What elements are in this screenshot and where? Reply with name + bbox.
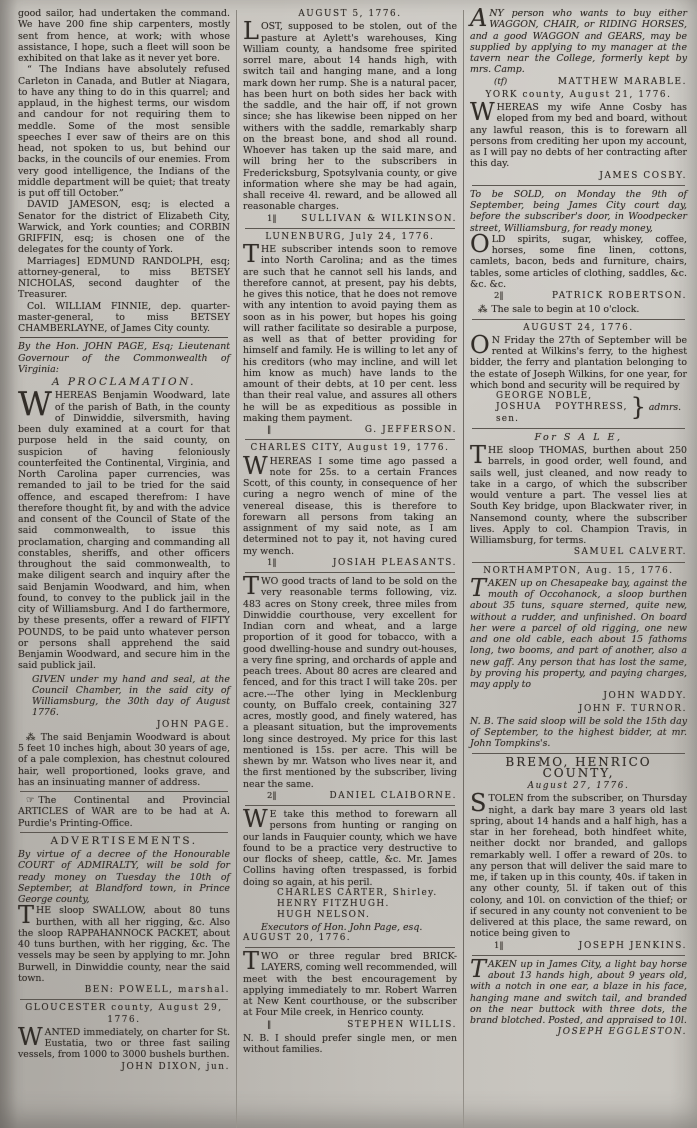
goods-body: OLD spirits, sugar, whiskey, coffee, hor…	[470, 234, 687, 290]
article-land-tracts: TWO good tracts of land to be sold on th…	[243, 576, 457, 802]
signature: BEN: POWELL, marshal.	[18, 985, 230, 996]
administrator-names: GEORGE NOBLE, JOSHUA POYTHRESS, sen.	[496, 391, 628, 425]
drop-cap: W	[470, 102, 497, 122]
notice: ☞The Continental and Provincial ARTICLES…	[18, 795, 230, 829]
drop-cap: T	[470, 578, 488, 598]
drop-cap: T	[18, 905, 36, 925]
nota-bene: N. B. I should prefer single men, or men…	[243, 1033, 457, 1056]
section-divider	[472, 955, 685, 956]
signature: JOSHUA POYTHRESS, sen.	[496, 402, 628, 425]
article-taken-sloop: NORTHAMPTON, Aug. 15, 1776. TAKEN up on …	[470, 566, 687, 750]
insertion-mark: 1‖	[494, 941, 504, 952]
date-note: AUGUST 20, 1776.	[243, 933, 457, 944]
signature-row: ‖STEPHEN WILLIS.	[267, 1020, 457, 1031]
eloped-body: WHEREAS my wife Anne Cosby has eloped fr…	[470, 102, 687, 170]
signature: G. JEFFERSON.	[271, 425, 457, 436]
news-paragraph: Col. WILLIAM FINNIE, dep. quarter-master…	[18, 301, 230, 335]
drop-cap: T	[470, 445, 488, 465]
section-divider	[245, 947, 455, 948]
signature-row: 2‖DANIEL CLAIBORNE.	[267, 791, 457, 802]
news-paragraph: DAVID JAMESON, esq; is elected a Senator…	[18, 199, 230, 255]
section-divider	[472, 319, 685, 320]
sale-body: THE sloop SWALLOW, about 80 tuns burthen…	[18, 905, 230, 984]
signature-row: ‖G. JEFFERSON.	[267, 425, 457, 436]
dateline: AUGUST 24, 1776.	[470, 323, 687, 334]
lost-body: LOST, supposed to be stolen, out of the …	[243, 21, 457, 212]
signature: GEORGE NOBLE,	[496, 391, 628, 402]
drop-cap: A	[470, 8, 489, 28]
article-goods-sale: To be SOLD, on Monday the 9th of Septemb…	[470, 189, 687, 316]
section-divider	[472, 562, 685, 563]
signature: JAMES COSBY.	[470, 171, 687, 182]
insertion-mark: 1‖	[267, 558, 277, 569]
section-divider	[245, 805, 455, 806]
proclamation-byline: By the Hon. JOHN PAGE, Esq; Lieutenant G…	[18, 341, 230, 375]
article-removal-notice: LUNENBURG, July 24, 1776. THE subscriber…	[243, 232, 457, 437]
dateline: CHARLES CITY, August 19, 1776.	[243, 443, 457, 454]
news-paragraph: Marriages] EDMUND RANDOLPH, esq; attorne…	[18, 256, 230, 301]
article-hunting-forewarning: WE take this method to forewarn all pers…	[243, 809, 457, 944]
pointing-hand-icon: ☞	[18, 795, 38, 806]
drop-cap: T	[243, 576, 261, 596]
signature-row: 2‖PATRICK ROBERTSON.	[494, 291, 687, 302]
bremo-heading: BREMO, HENRICO COUNTY,	[470, 757, 687, 780]
taken-sloop-body: TAKEN up on Chesapeake bay, against the …	[470, 578, 687, 691]
insertion-mark: 2‖	[494, 291, 504, 302]
waggon-body: ANY person who wants to buy either WAGGO…	[470, 8, 687, 76]
signature: HUGH NELSON.	[277, 910, 457, 921]
section-divider	[245, 439, 455, 440]
signature: CHARLES CARTER, Shirley.	[277, 888, 457, 899]
administrators-block: GEORGE NOBLE, JOSHUA POYTHRESS, sen. } a…	[496, 391, 681, 425]
signature: JOHN F. TURNOR.	[470, 704, 687, 715]
signature: JOSEPH EGGLESTON.	[470, 1027, 687, 1038]
taken-horse-body: TAKEN up in James City, a light bay hors…	[470, 959, 687, 1027]
signature: SULLIVAN & WILKINSON.	[277, 214, 457, 225]
insertion-mark: 2‖	[267, 791, 277, 802]
signature: SAMUEL CALVERT.	[470, 547, 687, 558]
section-divider	[20, 832, 228, 833]
advertisements-header: ADVERTISEMENTS.	[18, 836, 230, 847]
signature-row: (tf)MATTHEW MARABLE.	[494, 77, 687, 88]
executors-note: Executors of Hon. John Page, esq.	[261, 922, 457, 933]
stolen-body: STOLEN from the subscriber, on Thursday …	[470, 793, 687, 939]
article-naval-news: good sailor, had undertaken the command.…	[18, 8, 230, 334]
column-3: ANY person who wants to buy either WAGGO…	[464, 8, 693, 1128]
article-note-forewarning: CHARLES CITY, August 19, 1776. WHEREAS I…	[243, 443, 457, 569]
article-proclamation: By the Hon. JOHN PAGE, Esq; Lieutenant G…	[18, 341, 230, 788]
administrators-label: admrs.	[649, 402, 681, 413]
dateline: YORK county, August 21, 1776.	[470, 90, 687, 101]
section-divider	[20, 337, 228, 338]
dateline: NORTHAMPTON, Aug. 15, 1776.	[470, 566, 687, 577]
signature: JOHN WADDY.	[470, 691, 687, 702]
newspaper-page: good sailor, had undertaken the command.…	[0, 0, 697, 1128]
proclamation-given: GIVEN under my hand and seal, at the Cou…	[32, 674, 230, 719]
drop-cap: O	[470, 335, 492, 355]
hunting-body: WE take this method to forewarn all pers…	[243, 809, 457, 888]
nota-bene: N. B. The said sloop will be sold the 15…	[470, 716, 687, 750]
wanted-body: WANTED immediately, on charter for St. E…	[18, 1027, 230, 1061]
thomas-body: THE sloop THOMAS, burthen about 250 barr…	[470, 445, 687, 546]
insertion-mark: 1‖	[267, 214, 277, 225]
article-waggon-horses: ANY person who wants to buy either WAGGO…	[470, 8, 687, 88]
article-stolen-mare: BREMO, HENRICO COUNTY, August 27, 1776. …	[470, 757, 687, 952]
section-divider	[245, 572, 455, 573]
signature: PATRICK ROBERTSON.	[504, 291, 687, 302]
news-paragraph: “ The Indians have absolutely refused Ca…	[18, 64, 230, 199]
sale-preamble: By virtue of a decree of the Honourable …	[18, 849, 230, 905]
drop-cap: W	[18, 390, 55, 417]
dateline: GLOUCESTER county, August 29, 1776.	[18, 1003, 230, 1026]
dateline: LUNENBURG, July 24, 1776.	[243, 232, 457, 243]
article-eloped-wife: YORK county, August 21, 1776. WHEREAS my…	[470, 90, 687, 182]
signature: JOHN DIXON, jun.	[18, 1062, 230, 1073]
drop-cap: W	[18, 1027, 45, 1047]
advertisements-heading: ADVERTISEMENTS.	[18, 836, 230, 847]
asterism-icon: ⁂	[470, 304, 491, 315]
drop-cap: T	[470, 959, 488, 979]
signature: MATTHEW MARABLE.	[507, 77, 687, 88]
land-body: TWO good tracts of land to be sold on th…	[243, 576, 457, 790]
article-taken-horse: TAKEN up in James City, a light bay hors…	[470, 959, 687, 1039]
section-divider	[20, 791, 228, 792]
dateline: August 27, 1776.	[470, 781, 687, 792]
signature-row: 1‖JOSEPH JENKINS.	[494, 941, 687, 952]
removal-body: THE subscriber intends soon to remove in…	[243, 244, 457, 424]
column-2: AUGUST 5, 1776. LOST, supposed to be sto…	[237, 8, 463, 1128]
signature: DANIEL CLAIBORNE.	[277, 791, 457, 802]
section-divider	[20, 999, 228, 1000]
drop-cap: L	[243, 21, 261, 41]
signature: HENRY FITZHUGH.	[277, 899, 457, 910]
article-wanted-vessels: GLOUCESTER county, August 29, 1776. WANT…	[18, 1003, 230, 1073]
article-lost-mare: AUGUST 5, 1776. LOST, supposed to be sto…	[243, 9, 457, 225]
article-bricklayers: TWO or three regular bred BRICK-LAYERS, …	[243, 951, 457, 1055]
article-sloop-thomas: For S A L E, THE sloop THOMAS, burthen a…	[470, 432, 687, 559]
article-admiralty-sale: By virtue of a decree of the Honourable …	[18, 849, 230, 996]
article-ferry-rental: AUGUST 24, 1776. ON Friday the 27th of S…	[470, 323, 687, 425]
signature: STEPHEN WILLIS.	[271, 1020, 457, 1031]
drop-cap: W	[243, 456, 270, 476]
article-articles-of-war: ☞The Continental and Provincial ARTICLES…	[18, 795, 230, 829]
bricklayers-body: TWO or three regular bred BRICK-LAYERS, …	[243, 951, 457, 1019]
for-sale-heading: For S A L E,	[470, 432, 687, 443]
section-divider	[472, 428, 685, 429]
drop-cap: O	[470, 234, 492, 254]
drop-cap: W	[243, 809, 270, 829]
description-note: ⁂The said Benjamin Woodward is about 5 f…	[18, 732, 230, 788]
section-divider	[472, 753, 685, 754]
brace-glyph: }	[631, 402, 646, 413]
news-paragraph: good sailor, had undertaken the command.…	[18, 8, 230, 64]
section-divider	[472, 185, 685, 186]
forewarn-note-body: WHEREAS I some time ago passed a note fo…	[243, 456, 457, 557]
dateline: AUGUST 5, 1776.	[243, 9, 457, 20]
signature-row: 1‖SULLIVAN & WILKINSON.	[267, 214, 457, 225]
ferry-body: ON Friday the 27th of September will be …	[470, 335, 687, 391]
proclamation-body: WHEREAS Benjamin Woodward, late of the p…	[18, 390, 230, 671]
drop-cap: S	[470, 793, 488, 813]
sale-preamble: To be SOLD, on Monday the 9th of Septemb…	[470, 189, 687, 234]
signature-row: 1‖JOSIAH PLEASANTS.	[267, 558, 457, 569]
signature: JOHN PAGE.	[18, 720, 230, 731]
column-1: good sailor, had undertaken the command.…	[12, 8, 236, 1128]
section-divider	[245, 228, 455, 229]
sale-time-note: ⁂The sale to begin at 10 o'clock.	[470, 304, 687, 315]
signature: JOSEPH JENKINS.	[504, 941, 687, 952]
insertion-mark: (tf)	[494, 77, 507, 88]
signature: JOSIAH PLEASANTS.	[277, 558, 457, 569]
drop-cap: T	[243, 244, 261, 264]
drop-cap: T	[243, 951, 261, 971]
asterism-icon: ⁂	[18, 732, 41, 743]
